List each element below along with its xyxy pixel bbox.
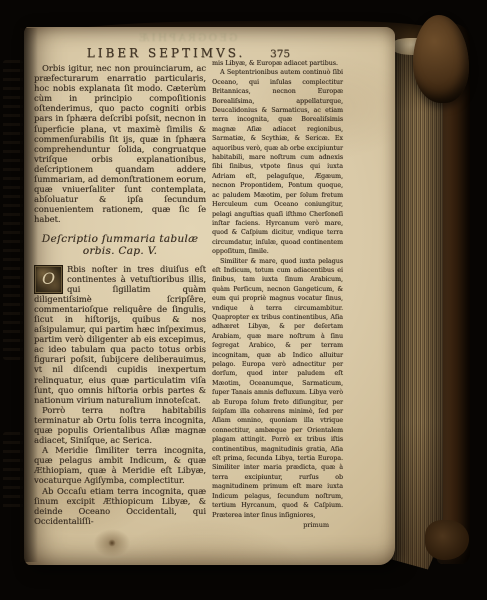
text-paragraph: Similiter & mare, quod iuxta pelagus eſt… [212, 257, 343, 520]
chapter-heading-line: orbis. Cap. V. [34, 245, 206, 258]
catchword: primum [212, 521, 343, 530]
bleed-through-text: GEOGRAPHIÆ [82, 33, 292, 44]
text-paragraph: mis Libyæ, & Europæ adiacet partibus. [212, 59, 343, 68]
left-column: Orbis igitur, nec non prouinciarum, ac p… [34, 63, 206, 526]
book-photo: GEOGRAPHIÆ LIBER SEPTIMVS. 375 Orbis igi… [0, 0, 487, 600]
text-paragraph: A Septentrionibus autem continuò ſibi Oc… [212, 68, 343, 256]
text-paragraph: Porrò terra noſtra habitabilis terminatu… [34, 405, 206, 445]
chapter-heading-line: Deſcriptio ſummaria tabulæ [34, 233, 206, 246]
running-head: LIBER SEPTIMVS. [76, 46, 256, 60]
right-column: mis Libyæ, & Europæ adiacet partibus.A S… [212, 59, 343, 530]
facing-page-text-edge [3, 432, 23, 512]
drop-cap-initial: O [34, 265, 63, 294]
text-paragraph: Ab Occaſu etiam terra incognita, quæ ſin… [34, 486, 206, 526]
facing-page-text-edge [3, 60, 23, 360]
chapter-heading: Deſcriptio ſummaria tabulæorbis. Cap. V. [34, 233, 206, 258]
text-paragraph: ORbis noſter in tres diuiſus eſt contine… [34, 264, 206, 405]
text-paragraph: Orbis igitur, nec non prouinciarum, ac p… [34, 63, 206, 225]
text-paragraph: A Meridie ſimiliter terra incognita, quæ… [34, 445, 206, 485]
fore-edge-pages [389, 38, 443, 572]
page: GEOGRAPHIÆ LIBER SEPTIMVS. 375 Orbis igi… [24, 27, 395, 565]
